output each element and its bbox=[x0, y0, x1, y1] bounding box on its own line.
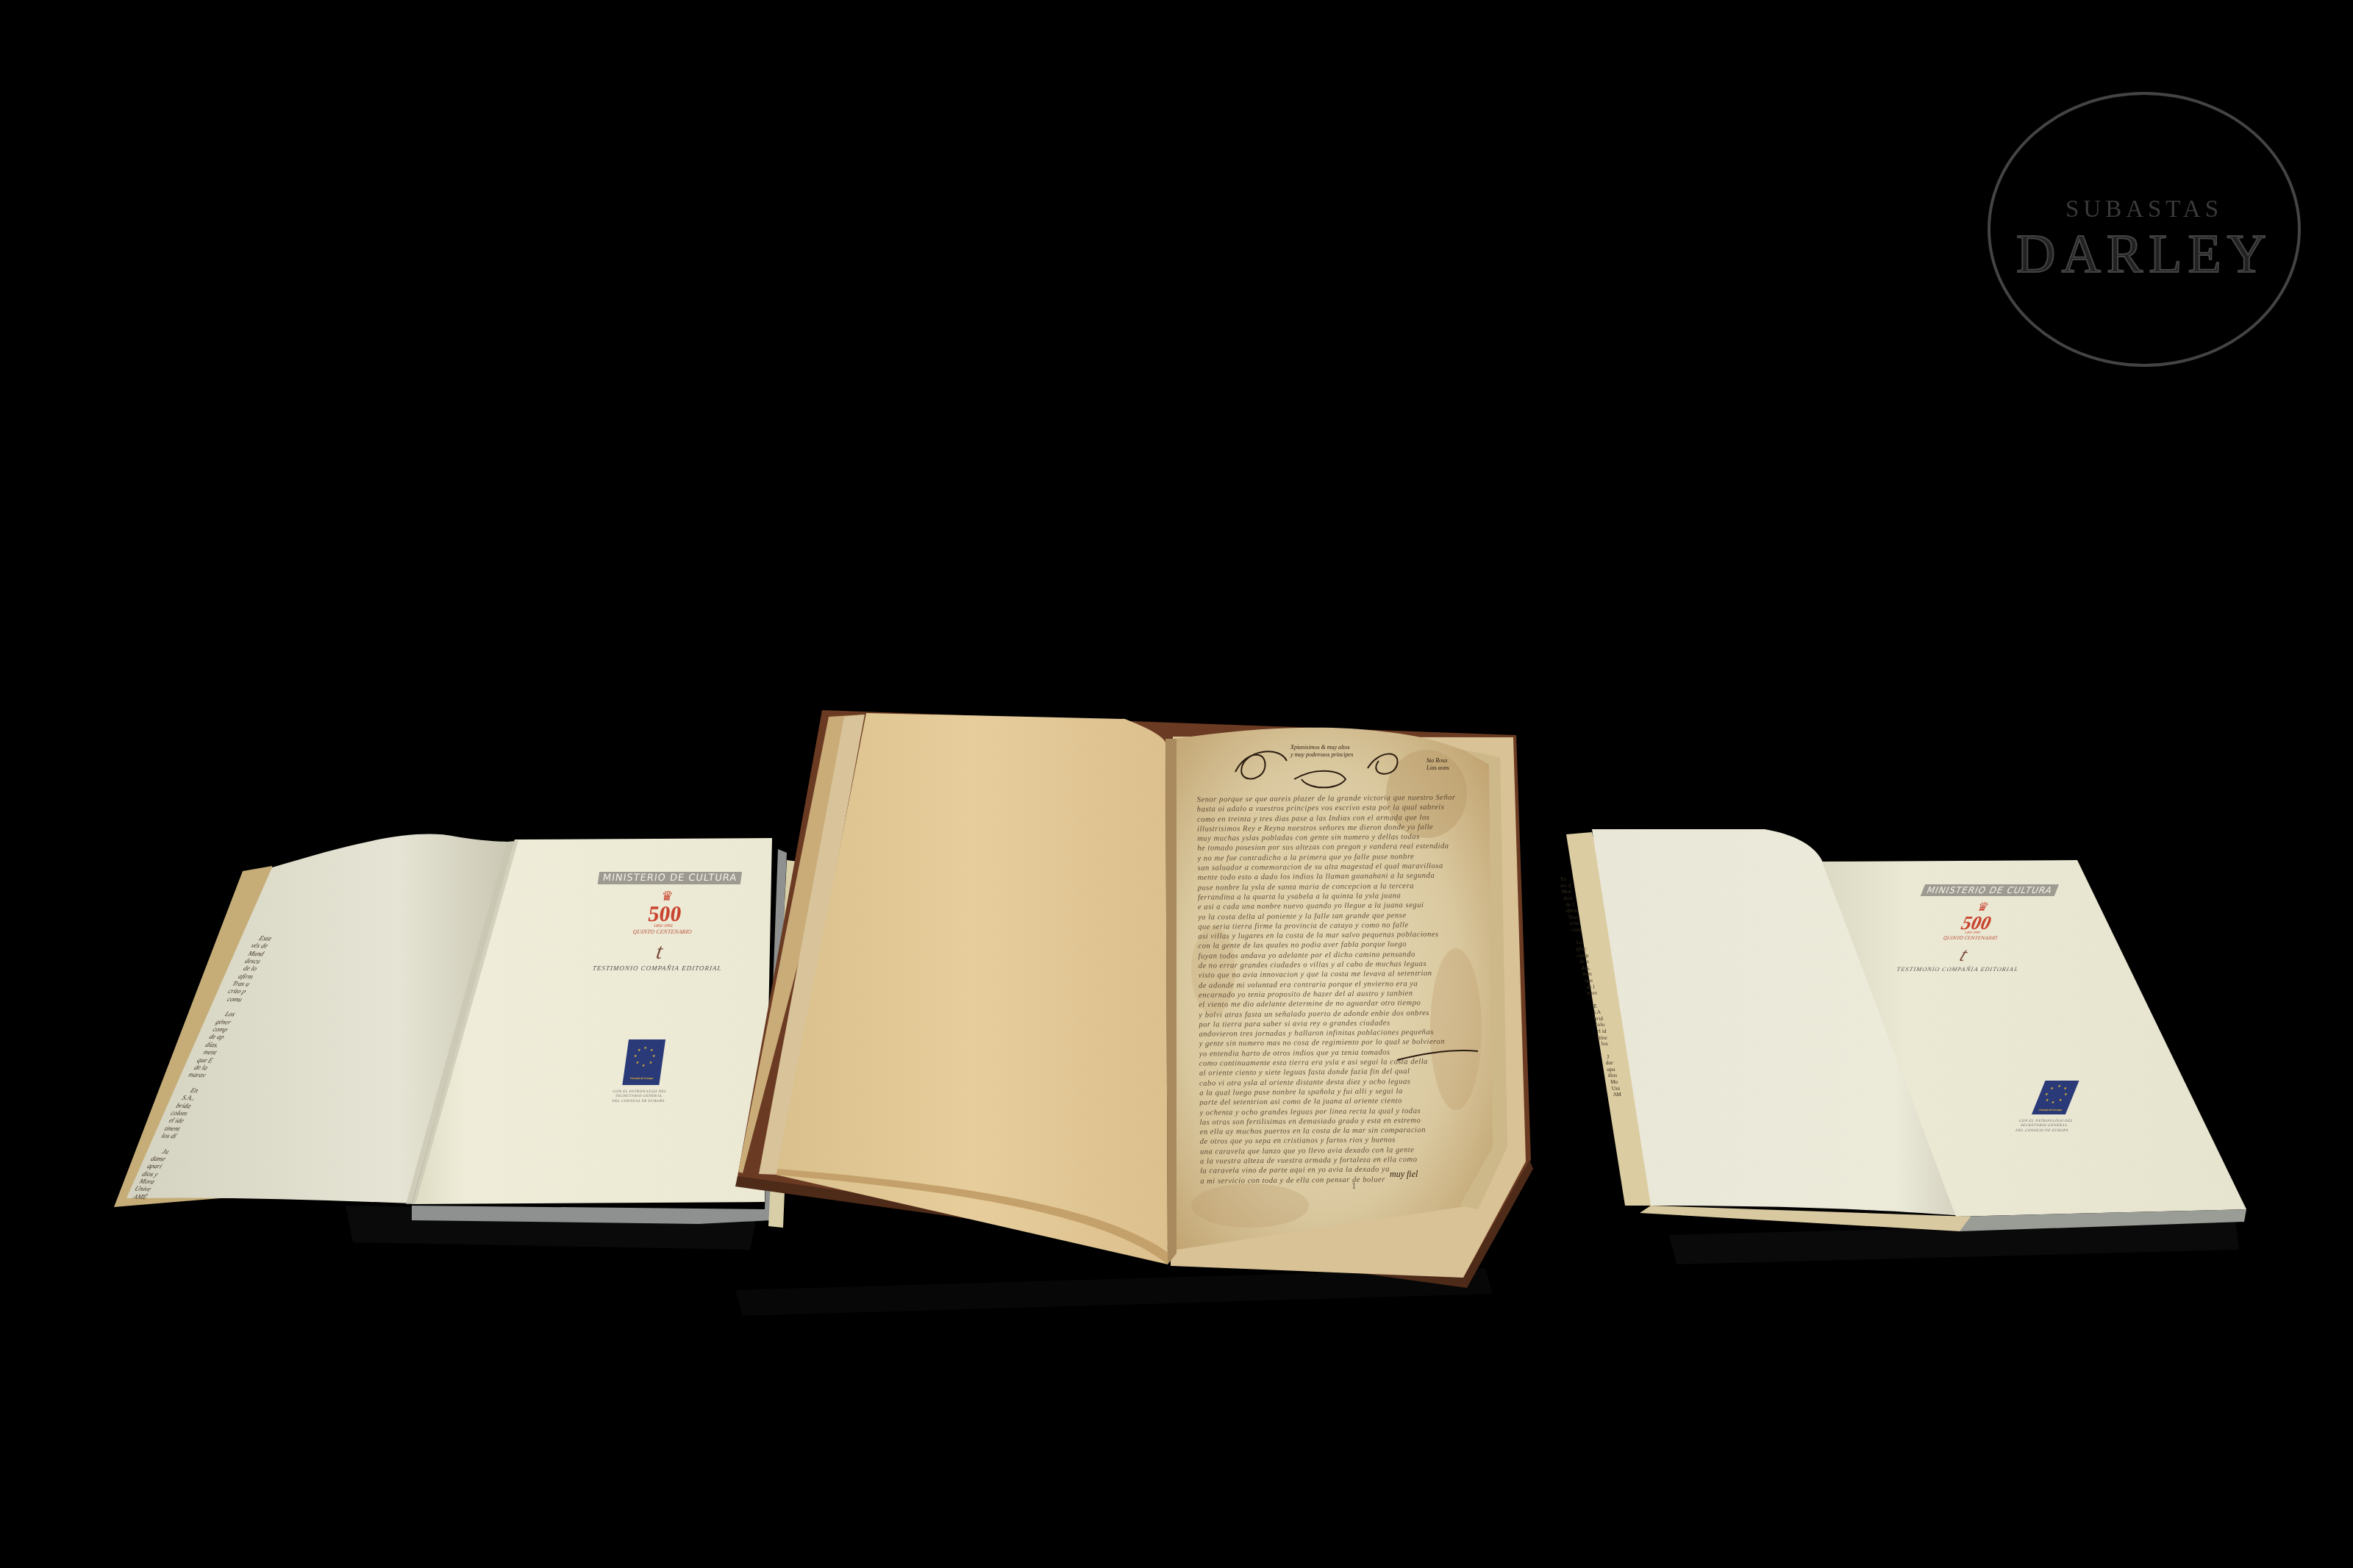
eu-flag-label: Consejo de Europa bbox=[623, 1076, 660, 1080]
ministry-banner: MINISTERIO DE CULTURA bbox=[597, 872, 742, 884]
publisher-name: TESTIMONIO COMPAÑIA EDITORIAL bbox=[546, 964, 768, 972]
eu-caption: CON EL PATRONAZGO DEL SECRETARIO GENERAL… bbox=[528, 1090, 751, 1104]
folio-number: 1 bbox=[1352, 1180, 1357, 1192]
auction-photo: SUBASTAS DARLEY MINISTERIO DE CULTURA ♛ … bbox=[0, 0, 2353, 1568]
quinto-centenario-logo: 500 bbox=[553, 904, 776, 924]
centenario-label: QUINTO CENTENARIO bbox=[551, 928, 773, 935]
manuscript-margin-note: Sta Rosa Lias aons bbox=[1427, 757, 1449, 771]
watermark-line2: DARLEY bbox=[1990, 223, 2298, 286]
manuscript-header: Xpianisimos & muy altos y muy poderosos … bbox=[1290, 744, 1353, 758]
manuscript-signature: muy fiel bbox=[1390, 1169, 1418, 1180]
right-eu-block: ★ ★ ★ ★ ★ ★ ★ ★ Consejo de Europa CON EL… bbox=[1990, 1081, 2114, 1134]
testimonio-mark-icon: t bbox=[1863, 944, 2063, 966]
publisher-name: TESTIMONIO COMPAÑIA EDITORIAL bbox=[1860, 966, 2054, 973]
eu-flag-icon: ★ ★ ★ ★ ★ ★ ★ ★ Consejo de Europa bbox=[622, 1039, 665, 1085]
ministry-banner: MINISTERIO DE CULTURA bbox=[1921, 884, 2060, 896]
eu-flag-icon: ★ ★ ★ ★ ★ ★ ★ ★ Consejo de Europa bbox=[2032, 1081, 2079, 1114]
subastas-darley-watermark: SUBASTAS DARLEY bbox=[1988, 92, 2301, 367]
eu-caption: CON EL PATRONAZGO DEL SECRETARIO GENERAL… bbox=[1990, 1120, 2099, 1134]
quinto-centenario-logo: 500 bbox=[1877, 914, 2075, 931]
manuscript-text: Senor porque se que aureis plazer de la … bbox=[1197, 792, 1491, 1192]
testimonio-mark-icon: t bbox=[547, 939, 771, 964]
watermark-line1: SUBASTAS bbox=[1990, 196, 2298, 223]
centenario-label: QUINTO CENTENARIO bbox=[1874, 935, 2067, 941]
left-title-page-content: MINISTERIO DE CULTURA ♛ 500 1492-1992 QU… bbox=[528, 871, 782, 1104]
eu-flag-label: Consejo de Europa bbox=[2033, 1108, 2068, 1111]
right-title-page-content: MINISTERIO DE CULTURA ♛ 500 1492-1992 QU… bbox=[1860, 884, 2088, 973]
